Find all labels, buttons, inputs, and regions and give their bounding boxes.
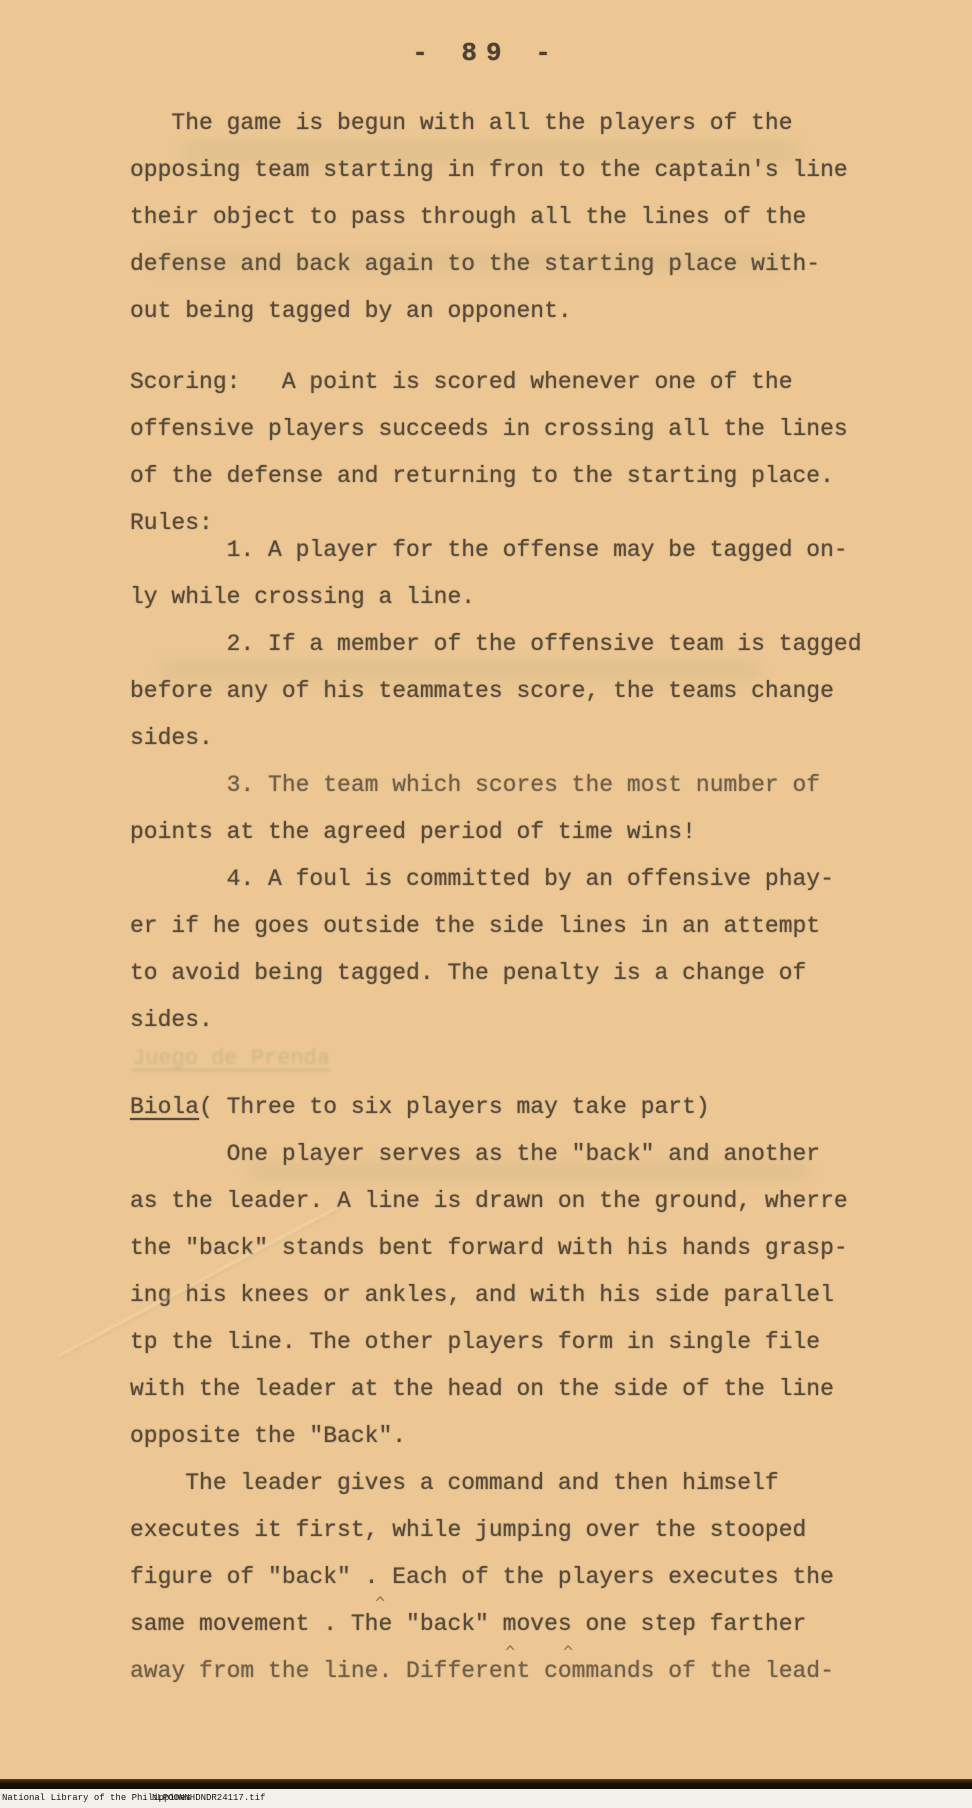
text-line: the "back" stands bent forward with his … [130, 1225, 910, 1272]
bleed-through-text: Juego de Prenda [132, 1046, 330, 1071]
text-line: ing his knees or ankles, and with his si… [130, 1272, 910, 1319]
typewritten-text: The game is begun with all the players o… [130, 100, 910, 1695]
text-line: Scoring: A point is scored whenever one … [130, 359, 910, 406]
text-line: as the leader. A line is drawn on the gr… [130, 1178, 910, 1225]
paragraph-rule-2: 2. If a member of the offensive team is … [130, 621, 910, 762]
text-line: same movement . The "back" moves one ste… [130, 1601, 910, 1648]
text-line: points at the agreed period of time wins… [130, 809, 910, 856]
text-line: 4. A foul is committed by an offensive p… [130, 856, 910, 903]
text-line: executes it first, while jumping over th… [130, 1507, 910, 1554]
text-line: sides. [130, 715, 910, 762]
bleed-through-smudge [160, 660, 760, 682]
text-line: of the defense and returning to the star… [130, 453, 910, 500]
paragraph-scoring: Scoring: A point is scored whenever one … [130, 359, 910, 500]
text-line: out being tagged by an opponent. [130, 288, 910, 335]
paragraph-biola-para-2: The leader gives a command and then hims… [130, 1460, 910, 1695]
paper-sheet: - 89 - The game is begun with all the pl… [0, 0, 972, 1779]
text-line: ly while crossing a line. [130, 574, 910, 621]
text-line: with the leader at the head on the side … [130, 1366, 910, 1413]
text-line: The leader gives a command and then hims… [130, 1460, 910, 1507]
footer-filename-label: NLPOONNHDNDR24117.tif [152, 1790, 265, 1807]
scanner-footer-bar: National Library of the Philippines NLPO… [0, 1789, 972, 1808]
paragraph-biola-heading: Biola( Three to six players may take par… [130, 1084, 910, 1131]
bleed-through-smudge [180, 140, 800, 164]
text-line: opposite the "Back". [130, 1413, 910, 1460]
heading-rest: ( Three to six players may take part) [199, 1094, 710, 1120]
paragraph-rule-4: 4. A foul is committed by an offensive p… [130, 856, 910, 1044]
text-line: er if he goes outside the side lines in … [130, 903, 910, 950]
section-heading: Biola( Three to six players may take par… [130, 1084, 910, 1131]
text-line: figure of "back" . Each of the players e… [130, 1554, 910, 1601]
text-line: sides. [130, 997, 910, 1044]
bleed-through-smudge [250, 1160, 810, 1182]
text-line: offensive players succeeds in crossing a… [130, 406, 910, 453]
scanned-document: - 89 - The game is begun with all the pl… [0, 0, 972, 1808]
heading-underlined-word: Biola [130, 1094, 199, 1120]
paragraph-rule-1: 1. A player for the offense may be tagge… [130, 527, 910, 621]
paragraph-rule-3: 3. The team which scores the most number… [130, 762, 910, 856]
text-line: their object to pass through all the lin… [130, 194, 910, 241]
caret-insertion-mark: ^ [563, 1643, 573, 1663]
text-line: away from the line. Different commands o… [130, 1648, 910, 1695]
bleed-through-smudge [150, 250, 790, 272]
text-line: to avoid being tagged. The penalty is a … [130, 950, 910, 997]
scan-page-edge [0, 1779, 972, 1789]
caret-insertion-mark: ^ [505, 1643, 515, 1663]
text-line: 3. The team which scores the most number… [130, 762, 910, 809]
text-line: 1. A player for the offense may be tagge… [130, 527, 910, 574]
caret-insertion-mark: ^ [375, 1594, 385, 1614]
paragraph-intro: The game is begun with all the players o… [130, 100, 910, 335]
page-number: - 89 - [0, 38, 972, 68]
text-line: tp the line. The other players form in s… [130, 1319, 910, 1366]
